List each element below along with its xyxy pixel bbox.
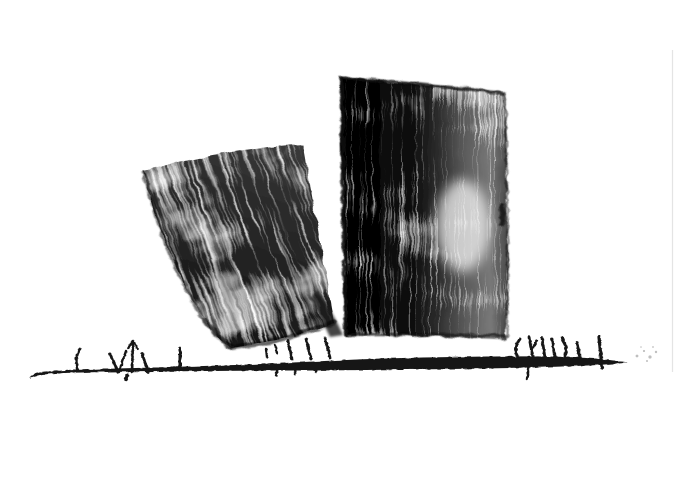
- edge-accent-stroke: [502, 205, 503, 224]
- speckle-dot: [640, 346, 642, 348]
- tick-mark: [266, 349, 267, 357]
- tick-mark: [132, 341, 133, 372]
- speckle-dot: [648, 355, 651, 358]
- tick-mark: [126, 376, 127, 379]
- speckle-dot: [636, 355, 639, 358]
- speckle-dot: [646, 360, 648, 362]
- charcoal-sketch-svg: Abstract charcoal sketch: two dark textu…: [0, 0, 675, 477]
- speckle-dot: [643, 350, 645, 352]
- edge-accent-stroke: [347, 335, 505, 336]
- speckle-dot: [652, 346, 654, 348]
- artwork-canvas: Abstract charcoal sketch: two dark textu…: [0, 0, 675, 477]
- speckle-dot: [655, 351, 657, 353]
- paper-void-highlight: [436, 180, 490, 272]
- paper-background: [0, 0, 675, 477]
